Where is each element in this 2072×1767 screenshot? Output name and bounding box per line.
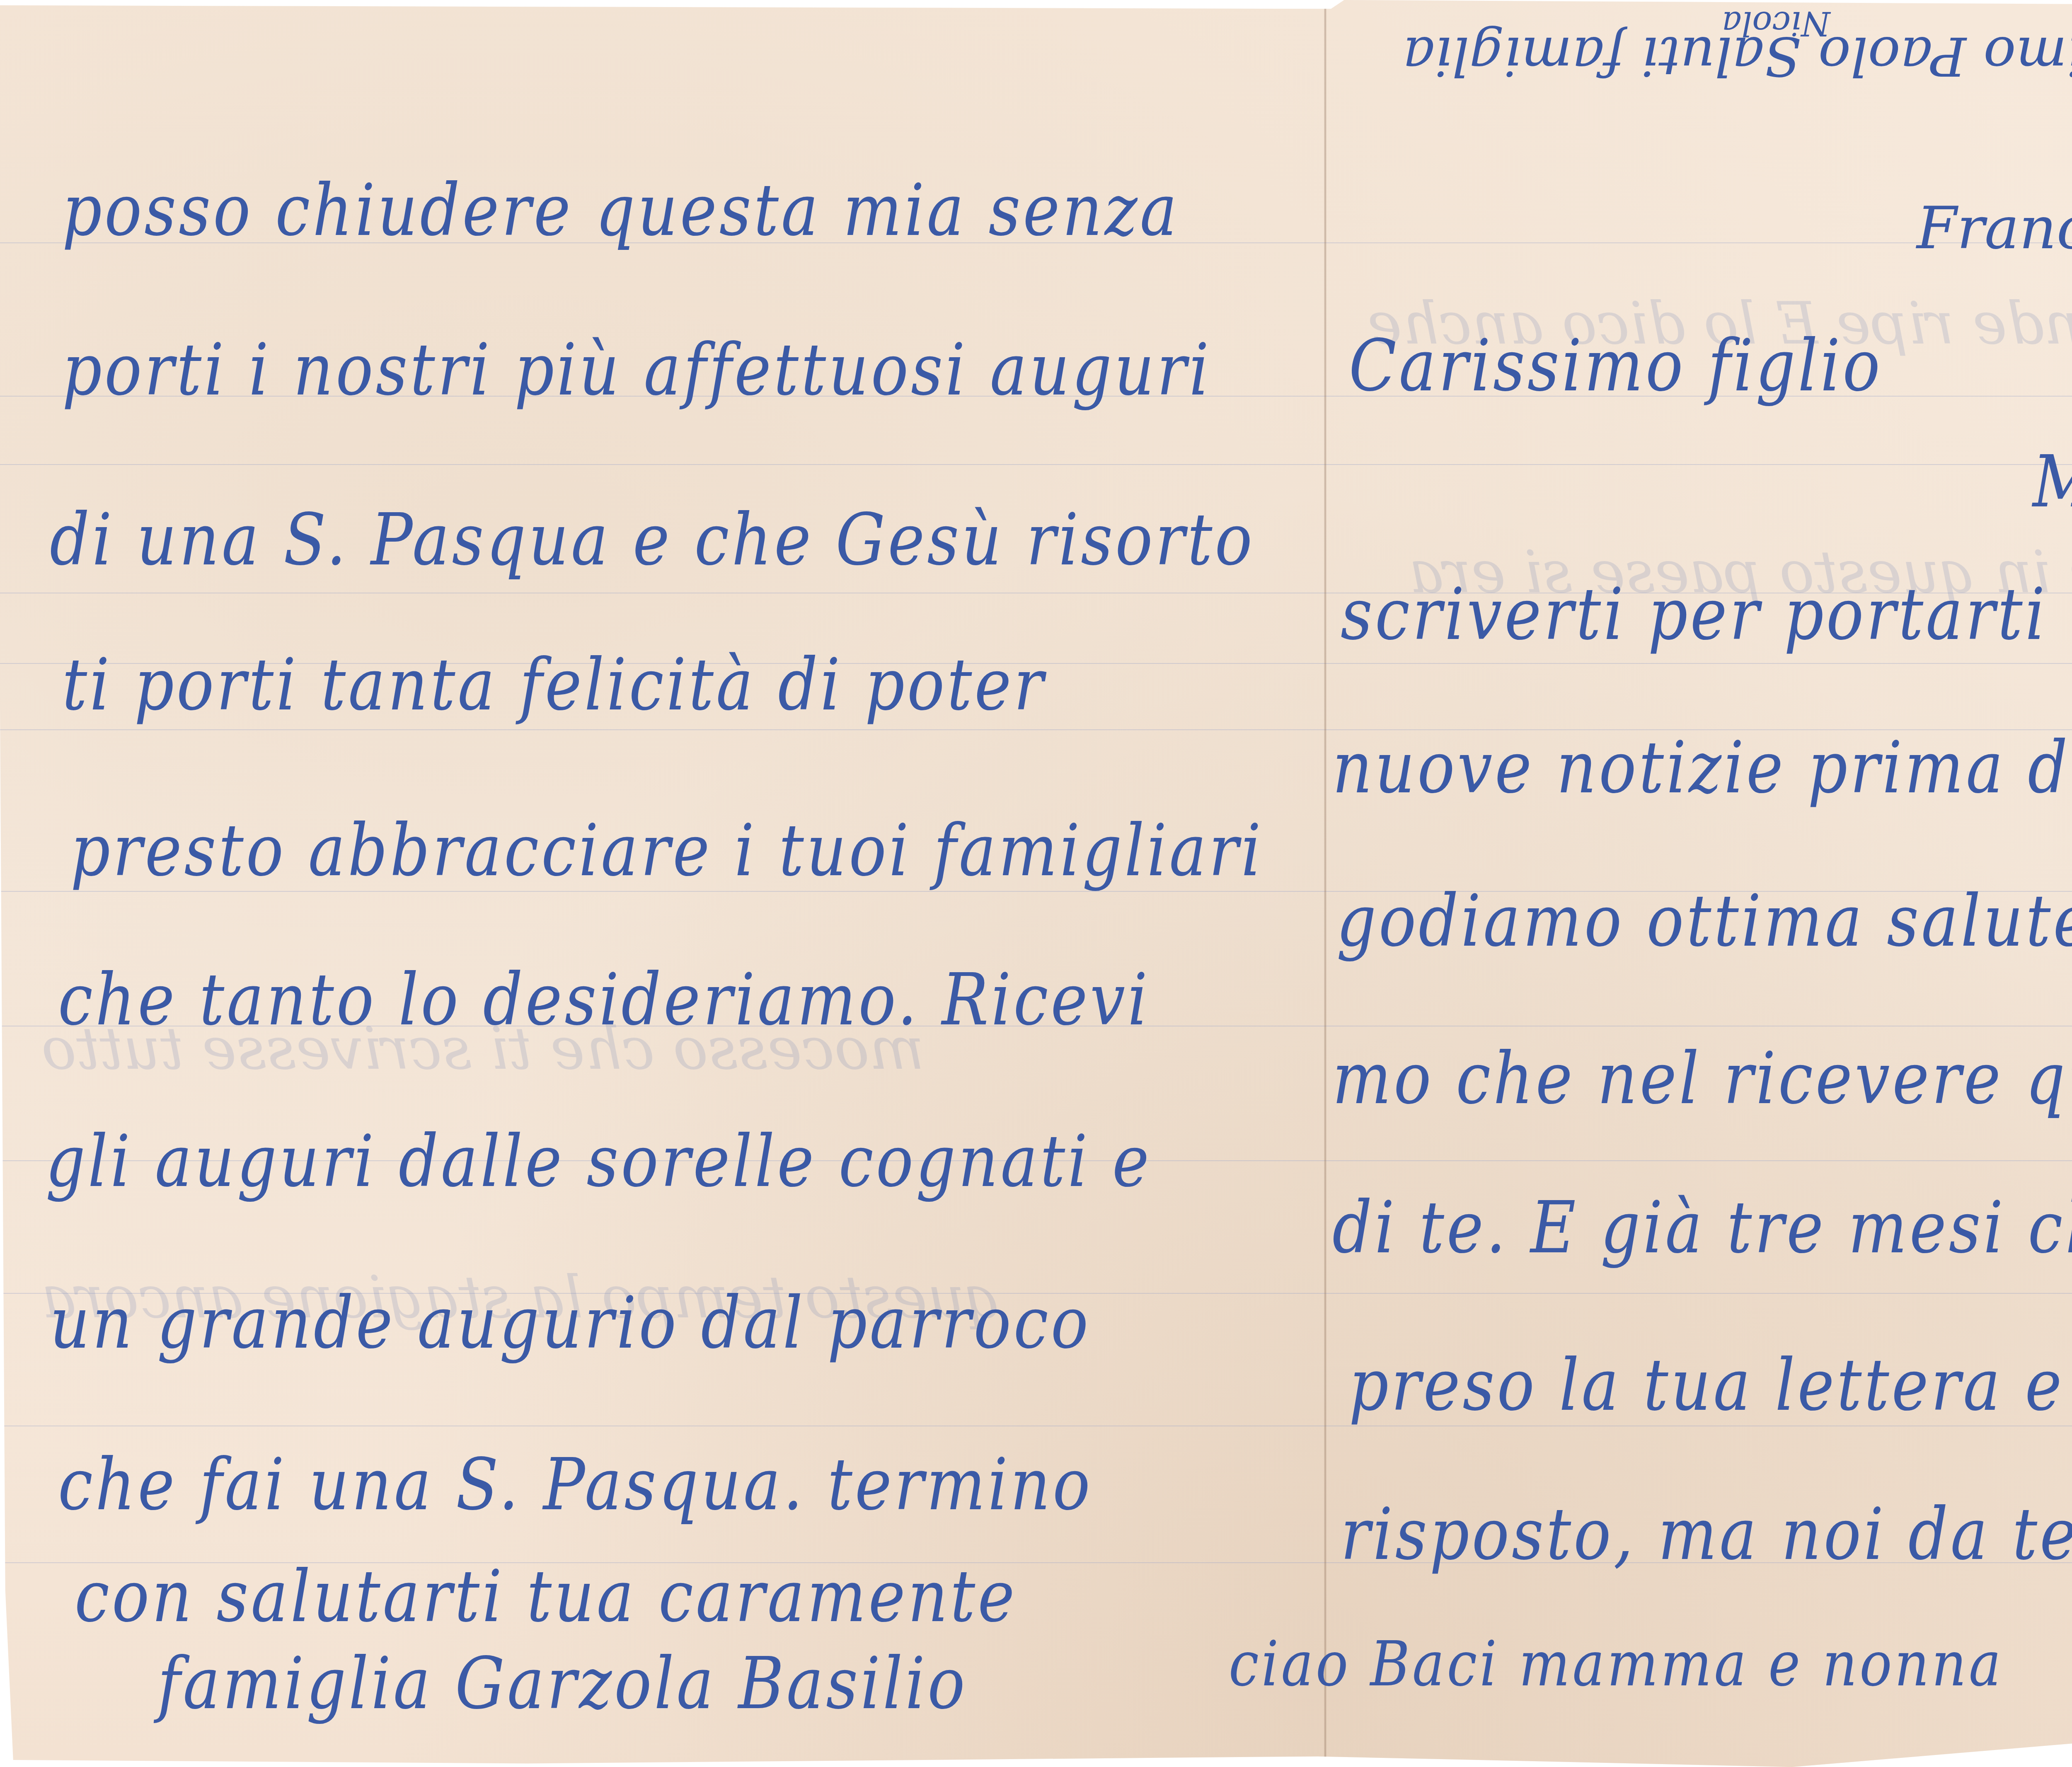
letter-line: di te. E già tre mesi che abbiamo <box>1332 1193 2072 1264</box>
letter-line: di una S. Pasqua e che Gesù risorto <box>50 505 1255 576</box>
letter-line: posso chiudere questa mia senza <box>62 175 1179 247</box>
letter-line: mo che nel ricevere questa lo sia anche <box>1332 1043 2072 1115</box>
letter-line: che tanto lo desideriamo. Ricevi <box>58 965 1150 1036</box>
letter-line: nuove notizie prima di tutto noi <box>1332 733 2072 804</box>
letter-line: che fai una S. Pasqua. termino <box>58 1450 1093 1521</box>
left-page: posso chiudere questa mia senza porti i … <box>0 0 1324 1767</box>
closing-line: ciao Baci mamma e nonna <box>1229 1633 2004 1695</box>
letter-line: risposto, ma noi da te non abbiamo <box>1341 1499 2072 1571</box>
letter-line: scriverti per portarti le nostre <box>1341 579 2072 651</box>
signature: famiglia Garzola Basilio <box>157 1648 967 1720</box>
salutation: Carissimo figlio <box>1349 331 1883 402</box>
letter-line: presto abbracciare i tuoi famigliari <box>70 816 1264 887</box>
letter-line: con salutarti tua caramente <box>75 1561 1017 1633</box>
center-fold <box>1324 0 1326 1767</box>
letter-line: preso la tua lettera e noi ti abbiamo <box>1349 1350 2072 1422</box>
letter-line: Mi affretto a <box>2033 447 2072 518</box>
letter-line: porti i nostri più affettuosi auguri <box>62 335 1211 407</box>
letter-line: ti porti tanta felicità di poter <box>62 650 1046 721</box>
letter-line: godiamo ottima salute e così speria- <box>1336 886 2072 958</box>
right-page: (Carissimo Paolo Saluti famiglia Nicola … <box>1328 0 2072 1767</box>
place-date: Francavilla 29-3-61 <box>1917 195 2072 262</box>
letter-line: un grande augurio dal parroco <box>50 1288 1091 1360</box>
letter-line: gli auguri dalle sorelle cognati e <box>46 1126 1152 1198</box>
upside-down-note-name: Nicola <box>1722 4 1830 43</box>
letter-sheet: mi grande ripe E lo dico anche che in qu… <box>0 0 2072 1767</box>
